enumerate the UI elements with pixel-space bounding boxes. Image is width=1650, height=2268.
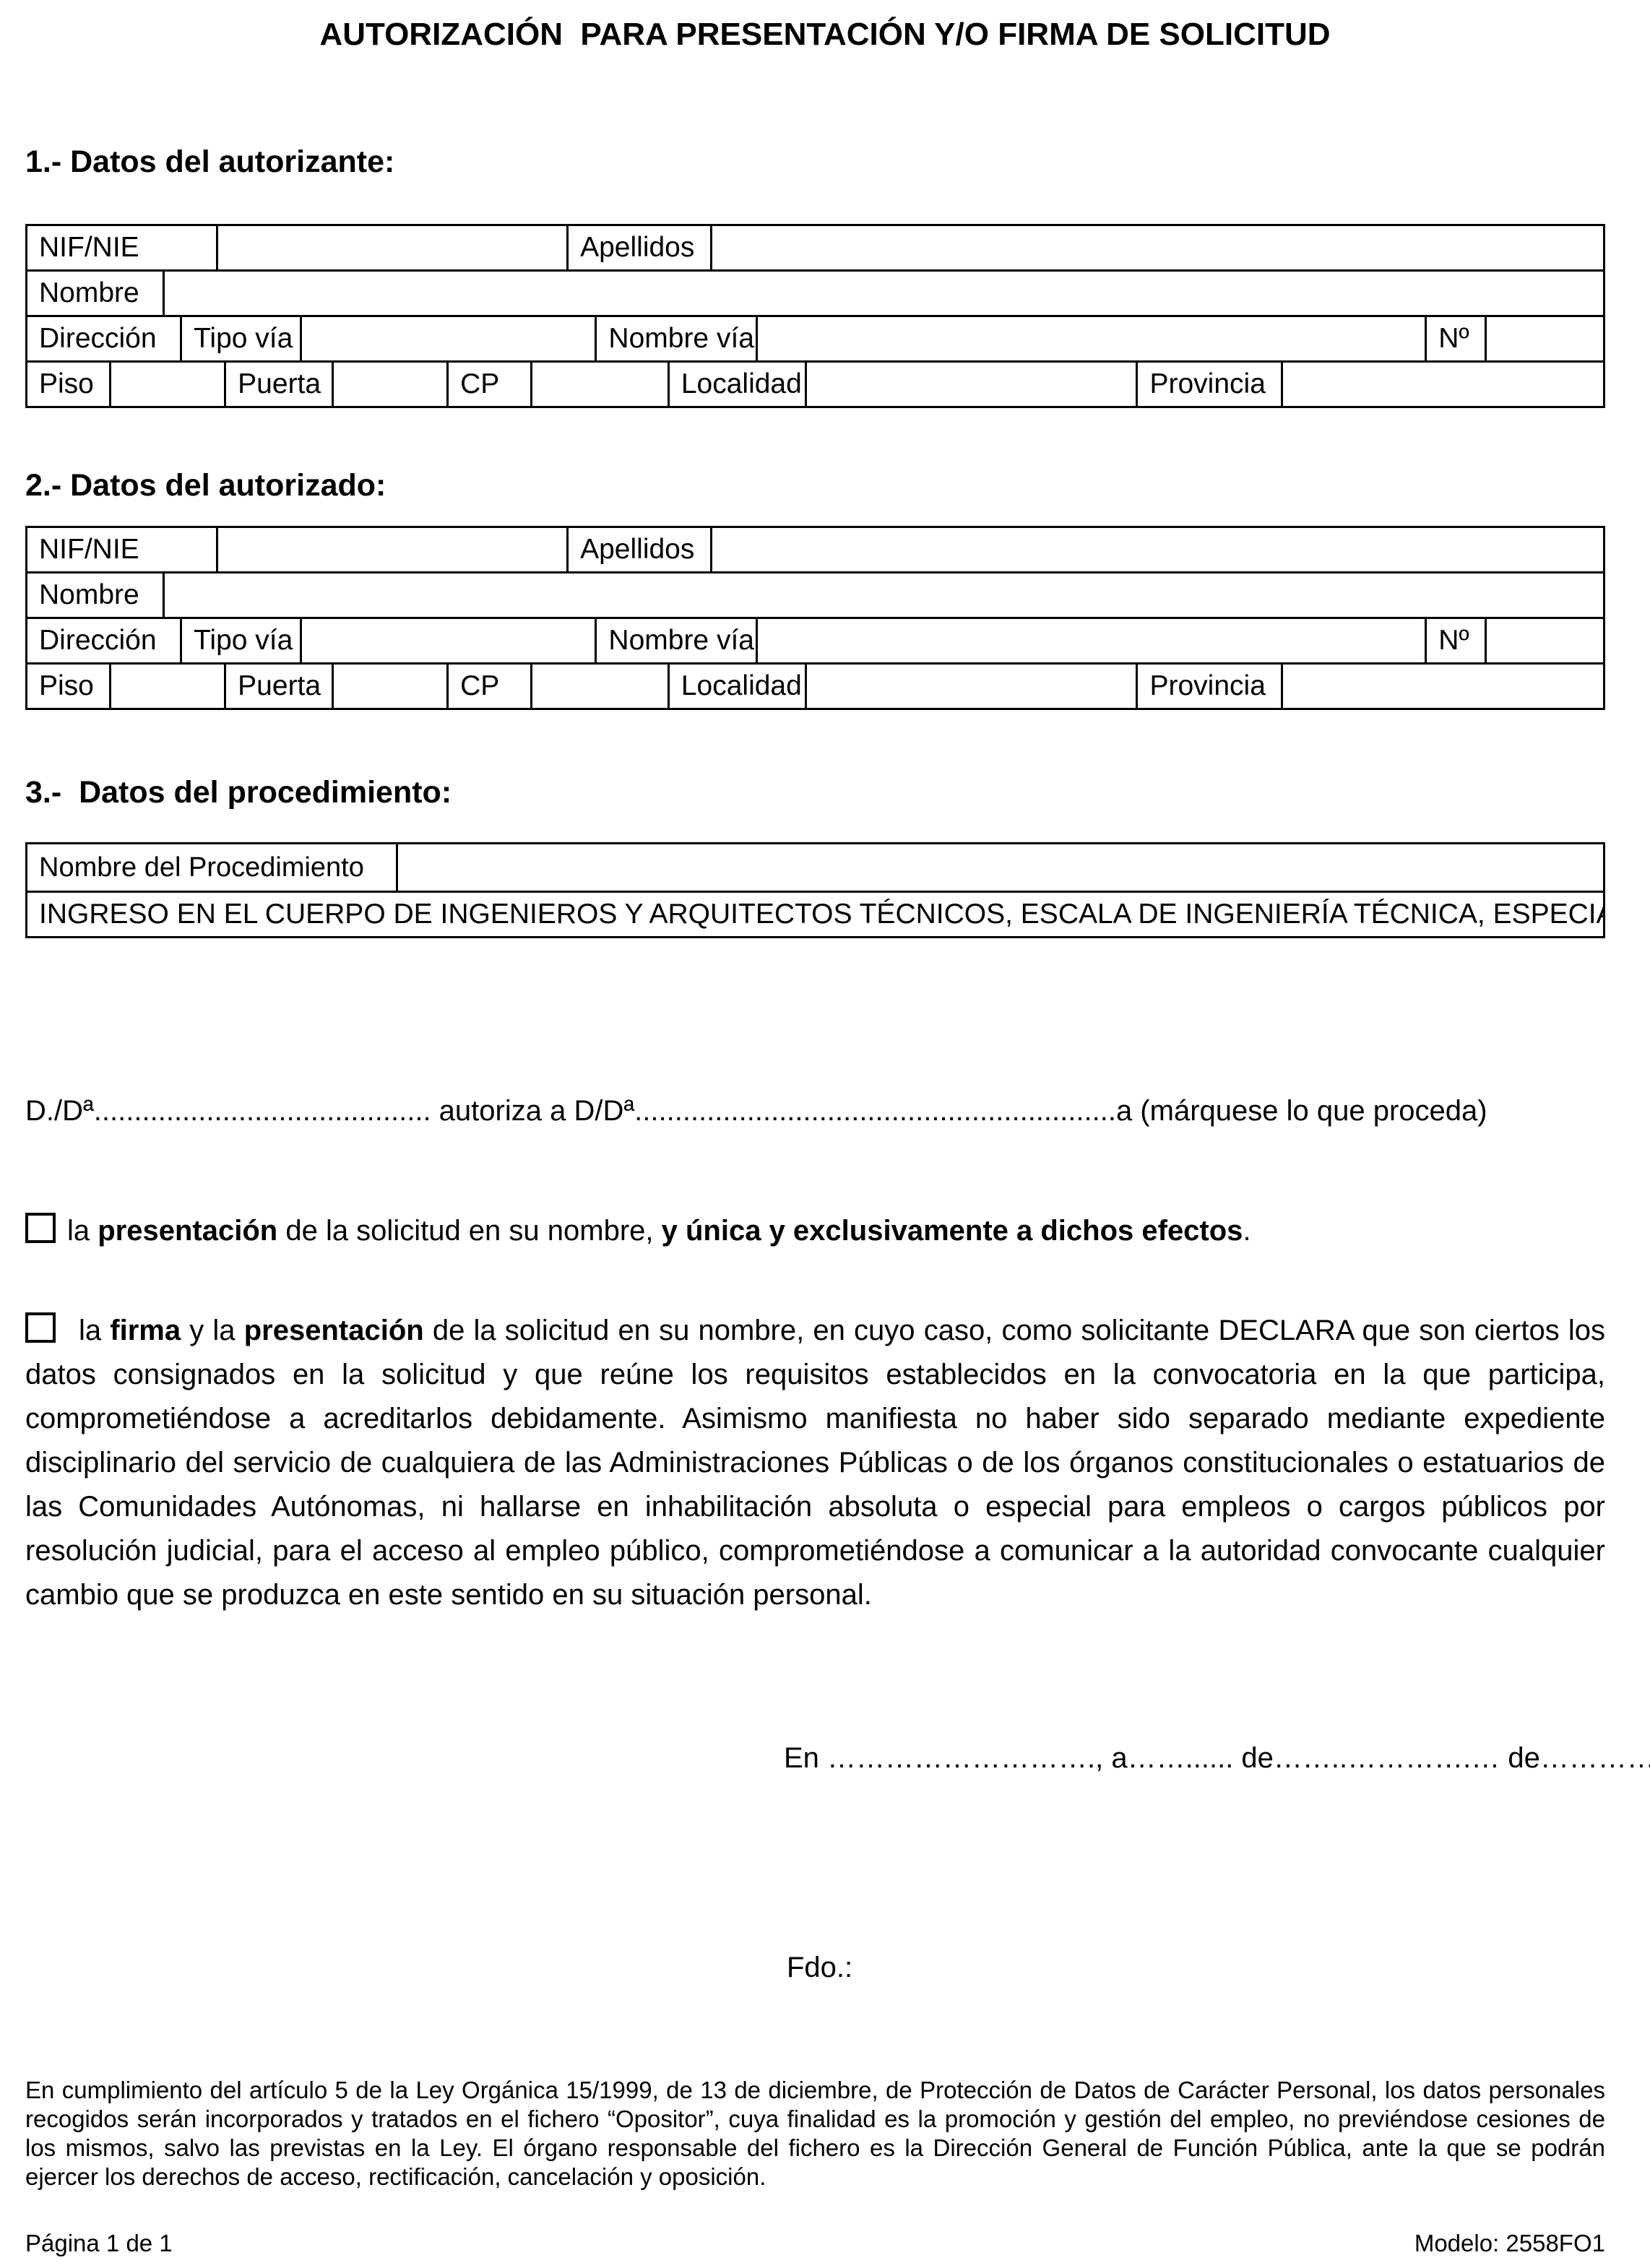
authorized-cp-input[interactable] (531, 664, 668, 709)
authorized-piso-input[interactable] (110, 664, 225, 709)
authorized-nombre-via-input[interactable] (757, 618, 1426, 664)
option-presentacion: la presentación de la solicitud en su no… (25, 1212, 1605, 1250)
authorizer-piso-input[interactable] (110, 362, 225, 407)
page-title: AUTORIZACIÓN PARA PRESENTACIÓN Y/O FIRMA… (0, 16, 1650, 53)
puerta-label: Puerta (225, 664, 333, 709)
nombre-via-label: Nombre vía (596, 618, 757, 664)
piso-label: Piso (27, 362, 111, 407)
authorized-localidad-input[interactable] (805, 664, 1137, 709)
presentacion-checkbox[interactable] (25, 1213, 56, 1243)
direccion-label: Dirección (27, 316, 181, 362)
authorized-provincia-input[interactable] (1282, 664, 1604, 709)
authorizer-puerta-input[interactable] (332, 362, 447, 407)
authorized-numero-input[interactable] (1486, 618, 1604, 664)
provincia-label: Provincia (1137, 664, 1282, 709)
authorized-row-4: Piso Puerta CP Localidad Provincia (25, 662, 1605, 710)
authorizer-row-4: Piso Puerta CP Localidad Provincia (25, 360, 1605, 408)
procedure-description: INGRESO EN EL CUERPO DE INGENIEROS Y ARQ… (27, 892, 1604, 938)
nombre-label: Nombre (27, 271, 164, 316)
page-footer: Página 1 de 1 Modelo: 2558FO1 (25, 2229, 1605, 2258)
procedure-row-1: Nombre del Procedimiento (25, 842, 1605, 893)
nif-label: NIF/NIE (27, 527, 217, 573)
procedure-row-2: INGRESO EN EL CUERPO DE INGENIEROS Y ARQ… (25, 891, 1605, 938)
authorized-table: NIF/NIE Apellidos Nombre Dirección Tipo … (25, 526, 1605, 710)
authorizer-nombre-via-input[interactable] (757, 316, 1426, 362)
procedure-name-input[interactable] (397, 844, 1604, 892)
section-1-heading: 1.- Datos del autorizante: (25, 143, 1605, 181)
localidad-label: Localidad (668, 664, 805, 709)
authorized-puerta-input[interactable] (332, 664, 447, 709)
authorizer-localidad-input[interactable] (805, 362, 1137, 407)
authorized-apellidos-input[interactable] (711, 527, 1604, 573)
section-2-heading: 2.- Datos del autorizado: (25, 467, 1605, 504)
authorizer-cp-input[interactable] (531, 362, 668, 407)
authorizer-numero-input[interactable] (1486, 316, 1604, 362)
authorization-line: D./Dª...................................… (25, 1092, 1605, 1130)
option-firma: la firma y la presentación de la solicit… (25, 1309, 1605, 1617)
procedure-name-label: Nombre del Procedimiento (27, 844, 397, 892)
authorized-tipo-via-input[interactable] (301, 618, 596, 664)
authorizer-provincia-input[interactable] (1282, 362, 1604, 407)
model-number: Modelo: 2558FO1 (1414, 2229, 1605, 2258)
authorized-row-3: Dirección Tipo vía Nombre vía Nº (25, 617, 1605, 665)
tipo-via-label: Tipo vía (181, 618, 301, 664)
tipo-via-label: Tipo vía (181, 316, 301, 362)
numero-label: Nº (1426, 618, 1486, 664)
authorized-nombre-input[interactable] (164, 573, 1604, 618)
authorizer-tipo-via-input[interactable] (301, 316, 596, 362)
authorizer-apellidos-input[interactable] (711, 225, 1604, 271)
authorizer-nif-input[interactable] (217, 225, 568, 271)
puerta-label: Puerta (225, 362, 333, 407)
firma-option-text: la firma y la presentación de la solicit… (25, 1315, 1605, 1611)
authorized-row-1: NIF/NIE Apellidos (25, 526, 1605, 574)
piso-label: Piso (27, 664, 111, 709)
procedure-table: Nombre del Procedimiento INGRESO EN EL C… (25, 842, 1605, 938)
apellidos-label: Apellidos (568, 225, 712, 271)
cp-label: CP (448, 664, 532, 709)
presentacion-option-text: la presentación de la solicitud en su no… (67, 1215, 1251, 1247)
authorizer-table: NIF/NIE Apellidos Nombre Dirección Tipo … (25, 224, 1605, 408)
nombre-label: Nombre (27, 573, 164, 618)
date-line: En ………………………., a……...... de……..………….… de… (784, 1739, 1650, 1777)
numero-label: Nº (1426, 316, 1486, 362)
authorizer-row-3: Dirección Tipo vía Nombre vía Nº (25, 315, 1605, 363)
authorizer-nombre-input[interactable] (164, 271, 1604, 316)
authorized-nif-input[interactable] (217, 527, 568, 573)
nombre-via-label: Nombre vía (596, 316, 757, 362)
direccion-label: Dirección (27, 618, 181, 664)
nif-label: NIF/NIE (27, 225, 217, 271)
form-page: AUTORIZACIÓN PARA PRESENTACIÓN Y/O FIRMA… (0, 0, 1650, 2268)
authorizer-row-1: NIF/NIE Apellidos (25, 224, 1605, 272)
section-3-heading: 3.- Datos del procedimiento: (25, 774, 1605, 811)
apellidos-label: Apellidos (568, 527, 712, 573)
provincia-label: Provincia (1137, 362, 1282, 407)
signature-label: Fdo.: (787, 1949, 852, 1986)
cp-label: CP (448, 362, 532, 407)
page-number: Página 1 de 1 (25, 2229, 173, 2258)
firma-checkbox[interactable] (25, 1312, 56, 1343)
legal-text: En cumplimiento del artículo 5 de la Ley… (25, 2076, 1605, 2191)
authorizer-row-2: Nombre (25, 269, 1605, 317)
authorized-row-2: Nombre (25, 571, 1605, 619)
localidad-label: Localidad (668, 362, 805, 407)
